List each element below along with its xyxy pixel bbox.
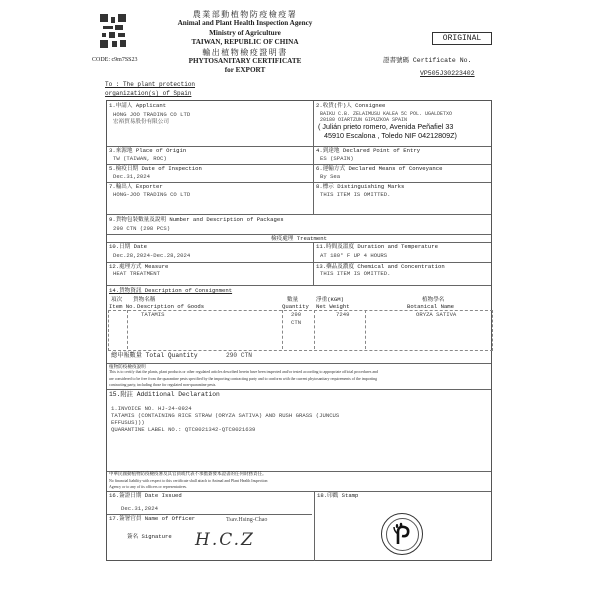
entry-label: 4.到達地 Declared Point of Entry: [316, 147, 420, 154]
signature-label: 簽名 Signature: [127, 533, 172, 540]
treatment-header: 檢疫處理 Treatment: [107, 235, 491, 242]
additional-line-4: QUARANTINE LABEL NO.: QTC0021342-QTC0021…: [107, 426, 255, 433]
additional-line-1: 1.INVOICE NO. HJ-24-0924: [107, 405, 192, 412]
packages-label: 9.貨物包裝數量及說明 Number and Description of Pa…: [109, 216, 284, 223]
goods-quantity: 290: [287, 311, 301, 318]
applicant-name-zh: 宏裕貿易股份有限公司: [109, 118, 169, 125]
exporter-label: 7.輸出人 Exporter: [109, 183, 163, 190]
document-title: PHYTOSANITARY CERTIFICATE: [160, 57, 330, 66]
col-botanical: Botanical Name: [407, 303, 454, 310]
official-stamp: [381, 513, 423, 555]
measure-label: 12.處理方式 Measure: [109, 263, 168, 270]
goods-botanical-name: ORYZA SATIVA: [412, 311, 456, 318]
additional-line-3: EFFUSUS))): [107, 419, 145, 426]
officer-label: 17.簽署官員 Name of Officer: [109, 515, 195, 522]
marks-value: THIS ITEM IS OMITTED.: [316, 191, 391, 198]
col-goods: Description of Goods: [137, 303, 204, 310]
goods-net-weight: 7249: [332, 311, 349, 318]
col-item-no: Item No.: [109, 303, 136, 310]
chemical-value: THIS ITEM IS OMITTED.: [316, 270, 391, 277]
goods-quantity-unit: CTN: [287, 319, 301, 326]
document-title-zh: 輸出植物檢疫證明書: [160, 48, 330, 57]
date-issued-value: Dec.31,2024: [117, 505, 158, 512]
inspection-date-value: Dec.31,2024: [109, 173, 150, 180]
additional-declaration-label: 15.附註 Additional Declaration: [109, 391, 220, 398]
col-net-weight: Net Weight: [316, 303, 350, 310]
duration-value: AT 180° F UP 4 HOURS: [316, 252, 387, 259]
addressee-line2: organization(s) of Spain: [105, 89, 195, 98]
plant-emblem-icon: [392, 522, 412, 546]
certification-text: This is to certify that the plants, plan…: [109, 369, 379, 389]
origin-value: TW (TAIWAN, ROC): [109, 155, 167, 162]
agency-name-zh: 農業部動植物防疫檢疫署: [160, 10, 330, 19]
entry-value: ES (SPAIN): [316, 155, 354, 162]
marks-label: 8.標示 Distinguishing Marks: [316, 183, 404, 190]
additional-line-2: TATAMIS (CONTAINING RICE STRAW (ORYZA SA…: [107, 412, 339, 419]
certificate-number: VP505J30223402: [420, 70, 475, 77]
certificate-number-label: 證書號碼 Certificate No.: [383, 55, 471, 64]
addressee: To : The plant protection organization(s…: [105, 80, 195, 98]
col-quantity-zh: 數量: [287, 296, 298, 303]
total-quantity-value: 290 CTN: [222, 352, 252, 359]
consignee-extra-2: 45910 Escalona , Toledo NIF 04212809Z): [324, 132, 457, 141]
packages-value: 290 CTN (298 PCS): [109, 225, 170, 232]
goods-description: TATAMIS: [137, 311, 165, 318]
total-quantity-label: 總申報數量 Total Quantity: [111, 352, 198, 359]
disclaimer-en-2: Agency or to any of its officers or repr…: [109, 484, 187, 491]
conveyance-value: By Sea: [316, 173, 340, 180]
measure-value: HEAT TREATMENT: [109, 270, 160, 277]
agency-header: 農業部動植物防疫檢疫署 Animal and Plant Health Insp…: [160, 10, 330, 76]
conveyance-label: 6.運輸方式 Declared Means of Conveyance: [316, 165, 442, 172]
exporter-value: HONG-JOO TRADING CO LTD: [109, 191, 190, 198]
date-issued-label: 16.簽證日期 Date Issued: [109, 492, 182, 499]
applicant-name: HONG JOO TRADING CO LTD: [109, 111, 190, 118]
treatment-date-label: 10.日期 Date: [109, 243, 147, 250]
col-item-zh: 項次: [111, 296, 122, 303]
consignment-label: 14.貨物資訊 Description of Consignment: [109, 287, 232, 294]
applicant-label: 1.申請人 Applicant: [109, 102, 166, 109]
certificate-table: 1.申請人 Applicant HONG JOO TRADING CO LTD …: [106, 100, 492, 561]
origin-label: 3.來源地 Place of Origin: [109, 147, 186, 154]
stamp-label: 18.印戳 Stamp: [317, 492, 358, 499]
col-net-weight-zh: 淨重(KGM): [316, 296, 344, 303]
agency-name-en: Animal and Plant Health Inspection Agenc…: [160, 19, 330, 28]
addressee-line1: To : The plant protection: [105, 80, 195, 89]
document-subtitle: for EXPORT: [160, 66, 330, 75]
col-goods-zh: 貨物名稱: [133, 296, 155, 303]
officer-name: Tsav.Hsing-Chao: [222, 517, 267, 524]
treatment-date-value: Dec.28,2024-Dec.28,2024: [109, 252, 190, 259]
consignee-label: 2.收貨(件)人 Consignee: [316, 102, 385, 109]
inspection-date-label: 5.檢疫日期 Date of Inspection: [109, 165, 202, 172]
ministry-name: Ministry of Agriculture: [160, 29, 330, 38]
document-code: CODE: c9m7SS23: [92, 57, 138, 63]
col-quantity: Quantity: [282, 303, 309, 310]
col-botanical-zh: 植物學名: [422, 296, 444, 303]
country-name: TAIWAN, REPUBLIC OF CHINA: [160, 38, 330, 47]
officer-signature: H.C.Z: [195, 531, 255, 549]
chemical-label: 13.藥品及濃度 Chemical and Concentration: [316, 263, 445, 270]
duration-label: 11.時間及溫度 Duration and Temperature: [316, 243, 438, 250]
original-badge: ORIGINAL: [432, 32, 492, 45]
qr-code: [100, 14, 126, 48]
